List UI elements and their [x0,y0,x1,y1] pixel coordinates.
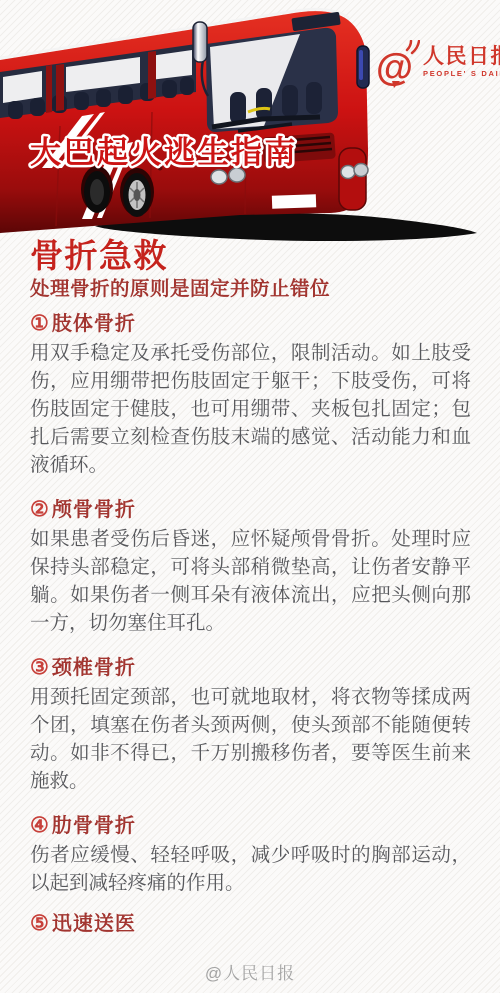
logo-name: 人民日报 [423,46,500,68]
section-body: 用双手稳定及承托受伤部位，限制活动。如上肢受伤，应用绷带把伤肢固定于躯干；下肢受… [30,339,471,479]
infographic-page: 大巴起火逃生指南 @ 人民日报 PEOPLE' S DAILY 骨折急救 处理骨… [0,0,500,993]
bus-hero: 大巴起火逃生指南 @ 人民日报 PEOPLE' S DAILY [0,0,500,242]
section-limb-fracture: ① 肢体骨折 用双手稳定及承托受伤部位，限制活动。如上肢受伤，应用绷带把伤肢固定… [30,311,472,479]
license-plate [272,194,316,209]
banner-title: 大巴起火逃生指南 [30,135,298,170]
logo-subtitle: PEOPLE' S DAILY [423,69,500,78]
at-megaphone-icon: @ [376,40,420,88]
section-heading: ④ 肋骨骨折 [30,813,472,839]
section-title: 肢体骨折 [52,311,136,337]
section-cervical-fracture: ③ 颈椎骨折 用颈托固定颈部，也可就地取材，将衣物等揉成两个团，填塞在伤者头颈两… [30,655,472,795]
section-heading: ① 肢体骨折 [30,311,472,337]
headlights-right [339,148,368,210]
section-number-icon: ② [30,497,50,523]
section-heading: ③ 颈椎骨折 [30,655,472,681]
section-number-icon: ④ [30,813,50,839]
section-title: 迅速送医 [52,911,136,937]
footer-credit: @人民日报 [0,959,500,984]
section-title: 颅骨骨折 [52,497,136,523]
windshield [206,28,338,132]
section-body: 伤者应缓慢、轻轻呼吸，减少呼吸时的胸部运动，以起到减轻疼痛的作用。 [30,841,471,897]
section-rib-fracture: ④ 肋骨骨折 伤者应缓慢、轻轻呼吸，减少呼吸时的胸部运动，以起到减轻疼痛的作用。 [30,813,472,897]
section-rush-to-hospital: ⑤ 迅速送医 [30,911,472,939]
section-number-icon: ③ [30,655,50,681]
section-body: 如果患者受伤后昏迷，应怀疑颅骨骨折。处理时应保持头部稳定，可将头部稍微垫高，让伤… [30,525,471,637]
page-title: 骨折急救 [30,238,168,274]
section-number-icon: ① [30,311,50,337]
section-heading: ② 颅骨骨折 [30,497,472,523]
section-title: 肋骨骨折 [52,813,136,839]
section-number-icon: ⑤ [30,911,50,937]
section-body: 用颈托固定颈部，也可就地取材，将衣物等揉成两个团，填塞在伤者头颈两侧，使头颈部不… [30,683,471,795]
peoples-daily-logo: @ 人民日报 PEOPLE' S DAILY [376,40,500,88]
bus-illustration: 大巴起火逃生指南 [0,0,500,242]
page-subtitle: 处理骨折的原则是固定并防止错位 [30,278,330,300]
section-title: 颈椎骨折 [52,655,136,681]
mirror-right [357,46,369,88]
section-skull-fracture: ② 颅骨骨折 如果患者受伤后昏迷，应怀疑颅骨骨折。处理时应保持头部稳定，可将头部… [30,497,472,637]
section-heading: ⑤ 迅速送医 [30,911,472,937]
